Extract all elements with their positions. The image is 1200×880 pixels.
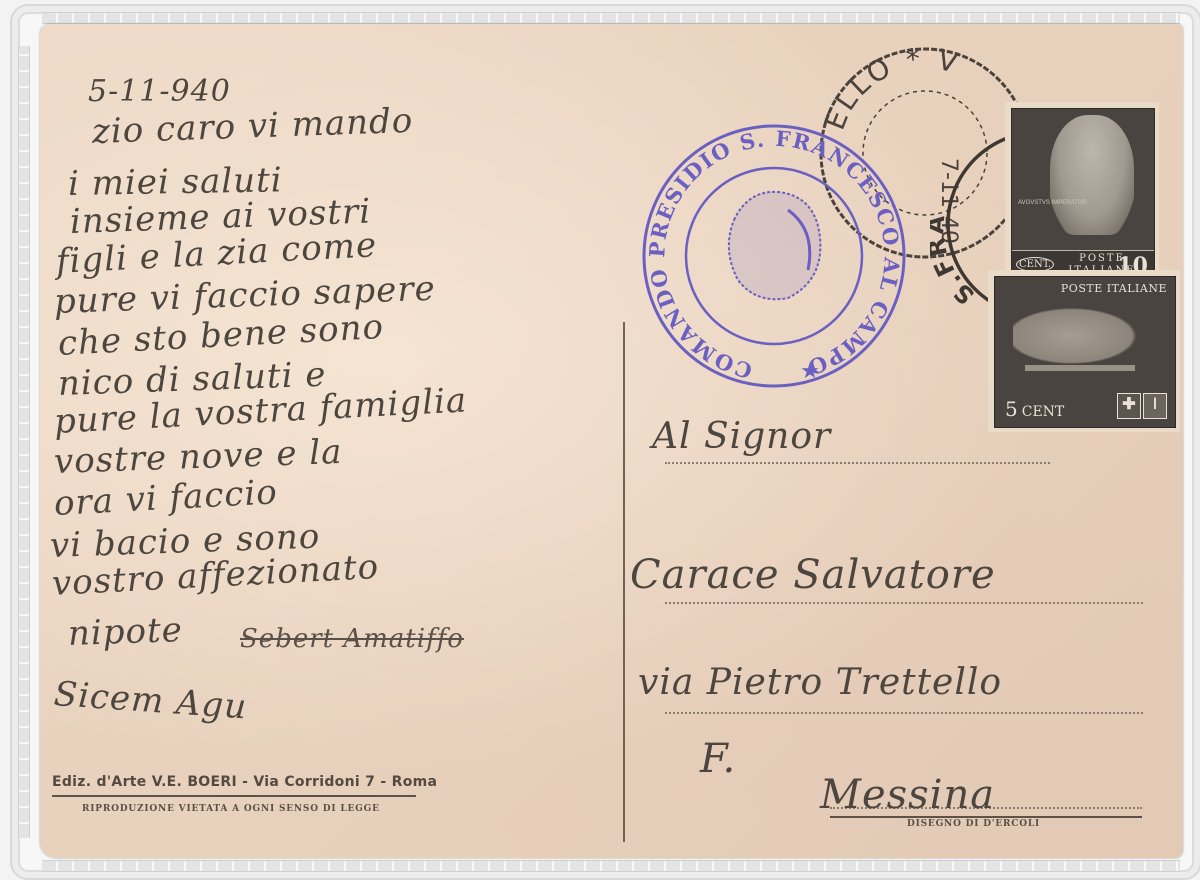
star-icon: ★ <box>800 358 820 383</box>
address-city: Messina <box>820 772 995 818</box>
message-line: Sicem Agu <box>53 674 249 727</box>
address-line-1 <box>665 462 1050 464</box>
publisher-rule <box>52 795 416 797</box>
address-line-2 <box>665 602 1143 604</box>
sleeve-ridge-left <box>18 46 30 838</box>
sleeve-ridge-bottom <box>42 860 1180 872</box>
stamp-denomination: 5CENT <box>1005 397 1064 421</box>
stamp-5-face: POSTE ITALIANE 5CENT ✚ ǀ <box>994 276 1176 428</box>
wolf-base <box>1025 365 1135 371</box>
stamp-5-cent: POSTE ITALIANE 5CENT ✚ ǀ <box>988 270 1180 432</box>
designer-credit: DISEGNO DI D'ERCOLI <box>907 819 1040 829</box>
stamp-inscription: POSTE ITALIANE <box>1061 282 1167 295</box>
address-line-3 <box>665 712 1143 714</box>
sleeve-ridge-top <box>42 12 1180 24</box>
publisher-imprint: Ediz. d'Arte V.E. BOERI - Via Corridoni … <box>52 774 437 790</box>
struck-through-text: Sebert Amatiffo <box>240 624 464 654</box>
command-cachet: COMANDO PRESIDIO S. FRANCESCO AL CAMPO ★ <box>638 120 910 392</box>
svg-text:S.FRA: S.FRA <box>930 213 980 310</box>
stamp-legend: AVGVSTVS IMPERATOR <box>1018 199 1087 207</box>
stamp-10-cent: AVGVSTVS IMPERATOR CENT. POSTE ITALIANE … <box>1005 102 1159 286</box>
message-date: 5-11-940 <box>88 74 231 109</box>
stamp-10-face: AVGVSTVS IMPERATOR CENT. POSTE ITALIANE … <box>1011 108 1155 282</box>
denomination-unit: CENT <box>1022 404 1065 420</box>
center-divider <box>623 322 625 842</box>
address-prefix: F. <box>700 736 736 782</box>
capitoline-wolf-icon <box>1013 305 1143 367</box>
augustus-bust-icon <box>1050 115 1134 235</box>
denomination-value: 5 <box>1005 397 1018 421</box>
svg-text:COMANDO PRESIDIO S. FRANCESCO: COMANDO PRESIDIO S. FRANCESCO AL CAMPO <box>644 126 905 384</box>
address-street: via Pietro Trettello <box>638 662 1002 703</box>
fasces-shield-icon: ǀ <box>1143 393 1167 419</box>
message-line: nipote <box>67 610 183 654</box>
savoy-cross-shield-icon: ✚ <box>1117 393 1141 419</box>
copyright-notice: RIPRODUZIONE VIETATA A OGNI SENSO DI LEG… <box>82 804 380 814</box>
address-salutation: Al Signor <box>652 416 831 457</box>
address-name: Carace Salvatore <box>630 552 996 598</box>
svg-text:7-11-40: 7-11-40 <box>936 158 961 244</box>
coat-of-arms-icon <box>729 192 821 299</box>
postcard: 5-11-940 zio caro vi mandoi miei salutii… <box>40 24 1183 858</box>
svg-text:ELLO * V: ELLO * V <box>818 42 964 134</box>
